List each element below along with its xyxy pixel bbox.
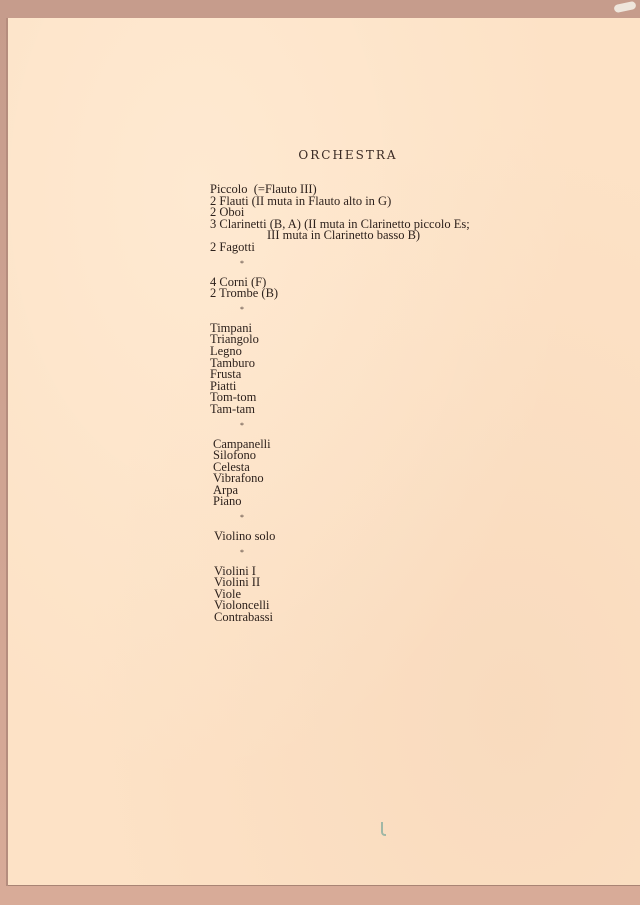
instrument-line: 2 Trombe (B) (210, 288, 470, 300)
ink-mark (381, 822, 386, 836)
instrument-line: Arpa (213, 485, 470, 497)
instrumentation-list: Piccolo (=Flauto III) 2 Flauti (II muta … (210, 184, 470, 624)
instrument-line: Tam-tam (210, 404, 470, 416)
instrument-line: Triangolo (210, 334, 470, 346)
instrument-line: Violini II (214, 577, 470, 589)
instrument-line: Silofono (213, 450, 470, 462)
page-title: ORCHESTRA (0, 148, 640, 162)
instrument-line: Frusta (210, 369, 470, 381)
brass-section: 4 Corni (F) 2 Trombe (B) (210, 277, 470, 300)
instrument-line: Piano (213, 496, 470, 508)
keyboards-section: Campanelli Silofono Celesta Vibrafono Ar… (210, 439, 470, 509)
woodwinds-section: Piccolo (=Flauto III) 2 Flauti (II muta … (210, 184, 470, 254)
percussion-section: Timpani Triangolo Legno Tamburo Frusta P… (210, 323, 470, 416)
section-separator: * (210, 543, 470, 566)
section-separator: * (210, 254, 470, 277)
section-separator: * (210, 416, 470, 439)
soloist-section: Violino solo (210, 531, 470, 543)
instrument-line: Contrabassi (214, 612, 470, 624)
instrument-line: Tamburo (210, 358, 470, 370)
section-separator: * (210, 508, 470, 531)
instrument-line: Vibrafono (213, 473, 470, 485)
instrument-line: 2 Fagotti (210, 242, 470, 254)
instrument-line: Violino solo (214, 531, 470, 543)
instrument-line: 2 Flauti (II muta in Flauto alto in G) (210, 196, 470, 208)
section-separator: * (210, 300, 470, 323)
strings-section: Violini I Violini II Viole Violoncelli C… (210, 566, 470, 624)
